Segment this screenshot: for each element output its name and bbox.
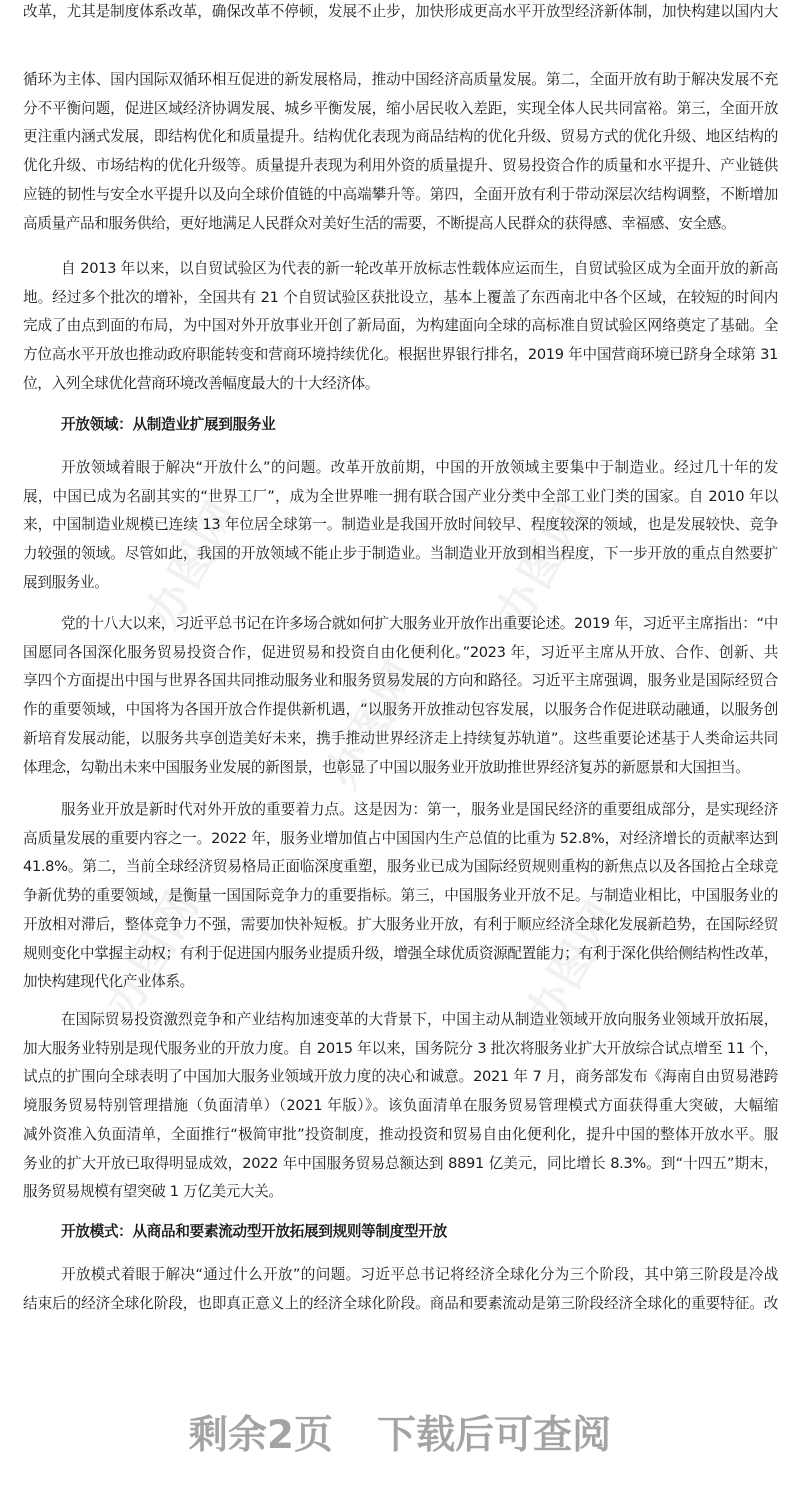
paragraph: 开放领域着眼于解决“开放什么”的问题。改革开放前期，中国的开放领域主要集中于制造… [23,454,778,598]
section-heading: 开放模式：从商品和要素流动型开放拓展到规则等制度型开放 [61,1218,447,1247]
text-line: 方位高水平开放也推动政府职能转变和营商环境持续优化。根据世界银行排名，2019 … [23,341,778,370]
paragraph: 循环为主体、国内国际双循环相互促进的新发展格局，推动中国经济高质量发展。第二，全… [23,66,778,238]
top-line: 改革，尤其是制度体系改革，确保改革不停顿，发展不止步，加快形成更高水平开放型经济… [23,0,778,27]
remaining-pages-label: 剩余2页 [189,1413,333,1458]
text-line: 在国际贸易投资激烈竞争和产业结构加速变革的大背景下，中国主动从制造业领域开放向服… [23,1006,778,1035]
text-line: 新培育发展动能，以服务共享创造美好未来，携手推动世界经济走上持续复苏轨道”。这些… [23,725,778,754]
paragraph: 在国际贸易投资激烈竞争和产业结构加速变革的大背景下，中国主动从制造业领域开放向服… [23,1006,778,1207]
text-line: 高质量产品和服务供给，更好地满足人民群众对美好生活的需要，不断提高人民群众的获得… [23,210,778,239]
paragraph: 服务业开放是新时代对外开放的重要着力点。这是因为：第一，服务业是国民经济的重要组… [23,796,778,997]
paragraph: 自 2013 年以来，以自贸试验区为代表的新一轮改革开放标志性载体应运而生，自贸… [23,255,778,399]
text-line: 优化升级、市场结构的优化升级等。质量提升表现为利用外资的质量提升、贸易投资合作的… [23,152,778,181]
text-line: 党的十八大以来，习近平总书记在许多场合就如何扩大服务业开放作出重要论述。2019… [23,610,778,639]
paragraph: 开放模式着眼于解决“通过什么开放”的问题。习近平总书记将经济全球化分为三个阶段，… [23,1261,778,1318]
text-line: 争新优势的重要领域，是衡量一国国际竞争力的重要指标。第三，中国服务业开放不足。与… [23,882,778,911]
text-line: 开放模式着眼于解决“通过什么开放”的问题。习近平总书记将经济全球化分为三个阶段，… [23,1261,778,1290]
section-heading: 开放领域：从制造业扩展到服务业 [61,411,275,440]
text-line: 力较强的领域。尽管如此，我国的开放领域不能止步于制造业。当制造业开放到相当程度，… [23,540,778,569]
text-line: 国愿同各国深化服务贸易投资合作，促进贸易和投资自由化便利化。”2023 年，习近… [23,639,778,668]
text-line: 分不平衡问题，促进区域经济协调发展、城乡平衡发展，缩小居民收入差距，实现全体人民… [23,95,778,124]
text-line: 41.8%。第二，当前全球经济贸易格局正面临深度重塑，服务业已成为国际经贸规则重… [23,853,778,882]
text-line: 享四个方面提出中国与世界各国共同推动服务业和服务贸易发展的方向和路径。习近平主席… [23,667,778,696]
text-line: 高质量发展的重要内容之一。2022 年，服务业增加值占中国国内生产总值的比重为 … [23,825,778,854]
text-line: 开放领域着眼于解决“开放什么”的问题。改革开放前期，中国的开放领域主要集中于制造… [23,454,778,483]
text-line: 应链的韧性与安全水平提升以及向全球价值链的中高端攀升等。第四，全面开放有利于带动… [23,181,778,210]
text-line: 循环为主体、国内国际双循环相互促进的新发展格局，推动中国经济高质量发展。第二，全… [23,66,778,95]
text-line: 境服务贸易特别管理措施（负面清单）（2021 年版）》。该负面清单在服务贸易管理… [23,1092,778,1121]
text-line: 完成了由点到面的布局，为中国对外开放事业开创了新局面，为构建面向全球的高标准自贸… [23,312,778,341]
text-line: 服务贸易规模有望突破 1 万亿美元大关。 [23,1178,778,1207]
text-line: 务业的扩大开放已取得明显成效，2022 年中国服务贸易总额达到 8891 亿美元… [23,1150,778,1179]
text-line: 更注重内涵式发展，即结构优化和质量提升。结构优化表现为商品结构的优化升级、贸易方… [23,123,778,152]
text-line: 结束后的经济全球化阶段，也即真正意义上的经济全球化阶段。商品和要素流动是第三阶段… [23,1290,778,1319]
text-line: 地。经过多个批次的增补，全国共有 21 个自贸试验区获批设立，基本上覆盖了东西南… [23,284,778,313]
text-line: 位，入列全球优化营商环境改善幅度最大的十大经济体。 [23,370,778,399]
text-line: 试点的扩围向全球表明了中国加大服务业领域开放力度的决心和诚意。2021 年 7 … [23,1063,778,1092]
text-line: 加大服务业特别是现代服务业的开放力度。自 2015 年以来，国务院分 3 批次将… [23,1035,778,1064]
paragraph: 党的十八大以来，习近平总书记在许多场合就如何扩大服务业开放作出重要论述。2019… [23,610,778,782]
text-line: 减外资准入负面清单，全面推行“极简审批”投资制度，推动投资和贸易自由化便利化，提… [23,1121,778,1150]
text-line: 服务业开放是新时代对外开放的重要着力点。这是因为：第一，服务业是国民经济的重要组… [23,796,778,825]
text-line: 展，中国已成为名副其实的“世界工厂”，成为全世界唯一拥有联合国产业分类中全部工业… [23,483,778,512]
download-to-view-label: 下载后可查阅 [377,1413,611,1458]
download-prompt-banner[interactable]: 剩余2页下载后可查阅 [0,1404,800,1460]
text-line: 加快构建现代化产业体系。 [23,968,778,997]
text-line: 体理念，勾勒出未来中国服务业发展的新图景，也彰显了中国以服务业开放助推世界经济复… [23,754,778,783]
text-line: 规则变化中掌握主动权；有利于促进国内服务业提质升级，增强全球优质资源配置能力；有… [23,940,778,969]
text-line: 开放相对滞后，整体竞争力不强，需要加快补短板。扩大服务业开放，有利于顺应经济全球… [23,911,778,940]
text-line: 作的重要领域，中国将为各国开放合作提供新机遇，“以服务开放推动包容发展，以服务合… [23,696,778,725]
text-line: 自 2013 年以来，以自贸试验区为代表的新一轮改革开放标志性载体应运而生，自贸… [23,255,778,284]
text-line: 来，中国制造业规模已连续 13 年位居全球第一。制造业是我国开放时间较早、程度较… [23,511,778,540]
text-line: 展到服务业。 [23,569,778,598]
